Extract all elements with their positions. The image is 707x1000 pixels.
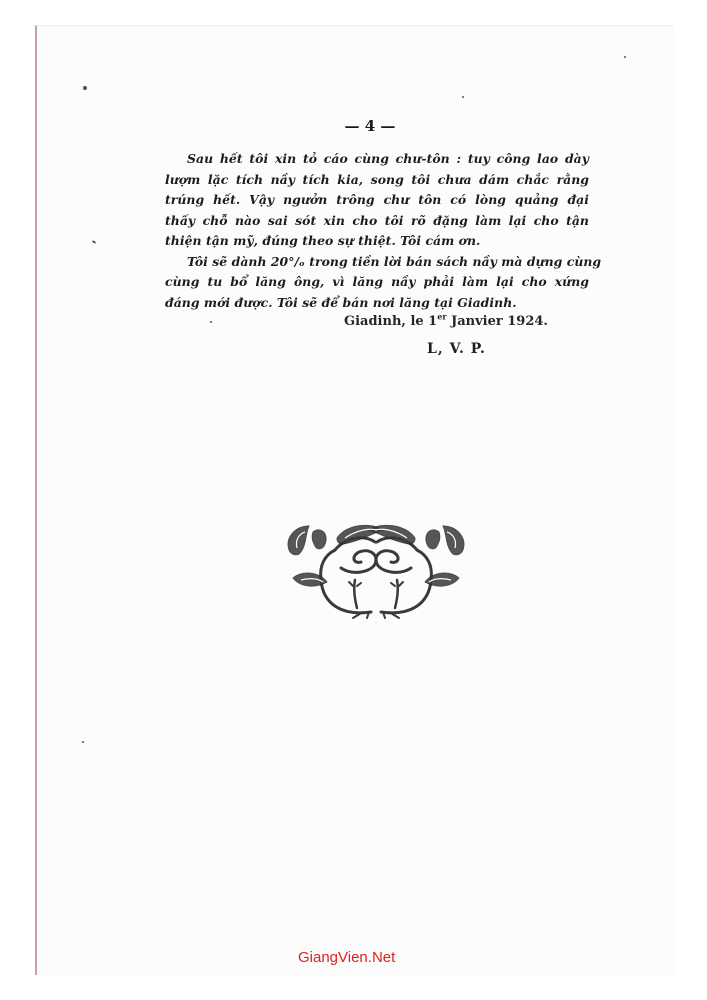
- dateline: Giadinh, le 1er Janvier 1924.: [344, 314, 564, 329]
- text-line: trúng hết. Vậy ngưởn trông chư tôn có lò…: [165, 190, 589, 211]
- text-line: cùng tu bổ lăng ông, vì lăng nầy phải là…: [165, 272, 589, 293]
- author-signature: L, V. P.: [427, 341, 486, 357]
- dateline-date: Janvier 1924.: [447, 314, 548, 329]
- text-line: đáng mới được. Tôi sẽ để bán nơi lăng tạ…: [165, 293, 589, 314]
- dateline-place: Giadinh, le 1: [344, 314, 437, 329]
- page-number: — 4 —: [335, 117, 405, 135]
- text-line: Sau hết tôi xin tỏ cáo cùng chư-tôn : tu…: [165, 149, 589, 170]
- text-line: thiện tận mỹ, đúng theo sự thiệt. Tôi cá…: [165, 231, 589, 252]
- text-line: Tôi sẽ dành 20°/ₒ trong tiền lời bán sác…: [165, 252, 589, 273]
- body-text: Sau hết tôi xin tỏ cáo cùng chư-tôn : tu…: [165, 149, 589, 313]
- text-line: thấy chỗ nào sai sót xin cho tôi rõ đặng…: [165, 211, 589, 232]
- ink-speck: [462, 96, 464, 98]
- text-line: lượm lặc tích nầy tích kia, song tôi chư…: [165, 170, 589, 191]
- floral-ornament-icon: [283, 520, 469, 620]
- watermark-text: GiangVien.Net: [298, 949, 395, 966]
- ink-speck: [210, 321, 212, 323]
- ink-speck: [82, 741, 84, 743]
- dateline-ordinal: er: [437, 312, 446, 322]
- ink-speck: [83, 86, 87, 90]
- ink-speck: [92, 240, 96, 244]
- ink-speck: [624, 56, 626, 58]
- paragraph-donation: Tôi sẽ dành 20°/ₒ trong tiền lời bán sác…: [165, 252, 589, 314]
- paragraph-acknowledgement: Sau hết tôi xin tỏ cáo cùng chư-tôn : tu…: [165, 149, 589, 252]
